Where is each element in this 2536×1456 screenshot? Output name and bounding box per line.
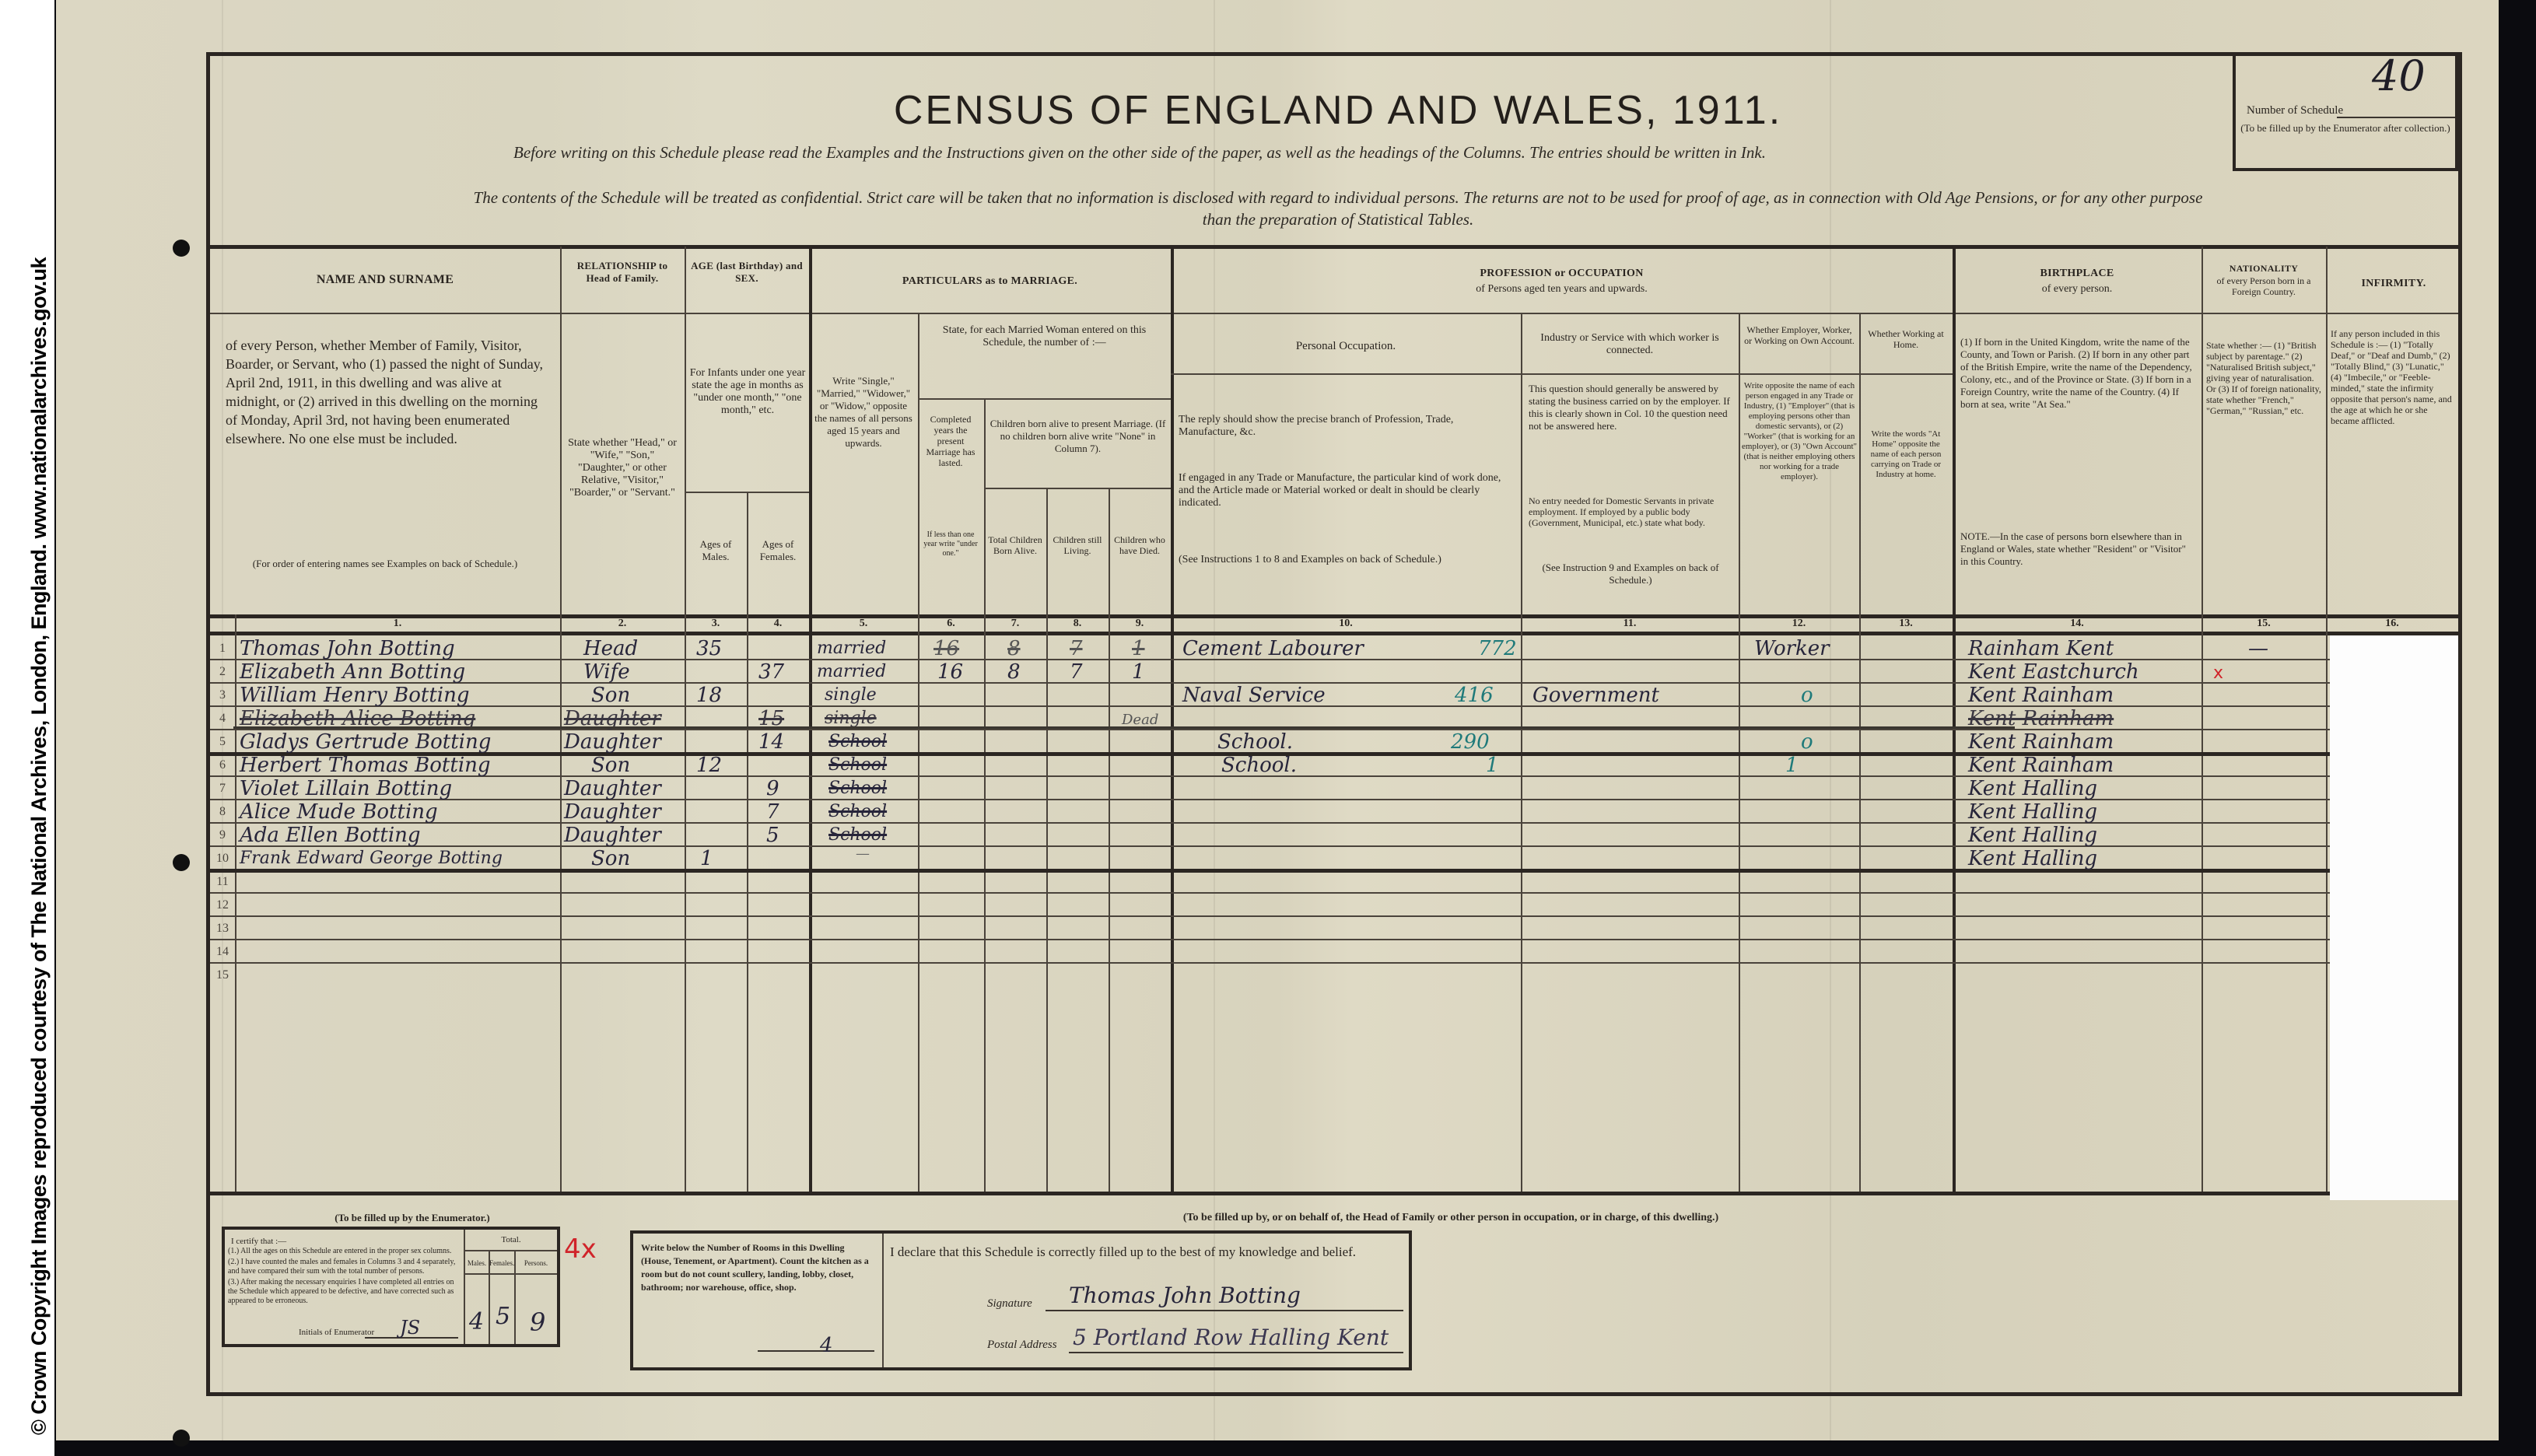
occupation-cell: School. [1217,731,1293,753]
total-persons: 9 [530,1311,545,1333]
header-birthplace-subtitle: of every person. [1956,283,2198,296]
name-cell: Elizabeth Ann Botting [240,661,465,683]
row-number: 10 [210,852,235,866]
initials-label: Initials of Enumerator [299,1327,374,1338]
relationship-cell: Son [591,848,630,870]
male-age-cell: 12 [696,754,722,776]
header-birthplace-note: NOTE.—In the case of persons born elsewh… [1960,530,2194,568]
male-age-cell: 1 [700,848,713,870]
enumerator-heading: (To be filled up by the Enumerator.) [241,1212,583,1224]
birthplace-cell: Kent Halling [1968,824,2097,846]
male-age-cell: 35 [696,638,722,660]
column-number: 4. [747,618,809,630]
header-marriage-years-note: If less than one year write "under one." [919,530,982,558]
children-total-cell: 8 [1007,661,1021,683]
header-nationality: NATIONALITY [2205,262,2323,275]
name-cell: Frank Edward George Botting [240,848,503,870]
employer-cell: Worker [1754,638,1830,660]
relationship-cell: Son [591,684,630,706]
schedule-number-label: Number of Schedule [2247,104,2343,117]
header-name-desc: of every Person, whether Member of Famil… [226,336,548,448]
female-age-cell: 14 [758,731,784,753]
column-number: 6. [918,618,984,630]
birthplace-cell: Rainham Kent [1968,638,2114,660]
total-males: 4 [469,1311,484,1333]
female-age-cell: 5 [766,824,779,846]
header-industry-note: (See Instruction 9 and Examples on back … [1529,562,1732,586]
total-females: 5 [496,1306,510,1328]
header-name: NAME AND SURNAME [210,274,560,286]
signature-label: Signature [987,1297,1032,1311]
header-industry-desc2: No entry needed for Domestic Servants in… [1529,495,1732,528]
punch-hole [173,854,190,871]
rooms-instruction: Write below the Number of Rooms in this … [641,1241,874,1294]
column-number: 7. [984,618,1046,630]
certify-item-1: (1.) All the ages on this Schedule are e… [228,1247,461,1256]
header-home: Whether Working at Home. [1862,328,1949,350]
relationship-cell: Daughter [564,824,661,846]
header-personal-note: (See Instructions 1 to 8 and Examples on… [1179,554,1513,566]
marital-status-cell: single [825,684,877,706]
confidentiality-notice-cont: than the preparation of Statistical Tabl… [233,210,2443,229]
column-number: 13. [1859,618,1953,630]
occupation-code: 1 [1486,754,1499,776]
name-cell: Violet Lillain Botting [240,778,452,800]
industry-cell: Government [1532,684,1659,706]
row-number: 15 [210,968,235,982]
nationality-cell: x [2213,663,2223,684]
header-industry: Industry or Service with which worker is… [1525,332,1735,357]
children-died-cell: 1 [1132,661,1145,683]
header-children-died: Children who have Died. [1110,534,1169,556]
male-age-cell: 18 [696,684,722,706]
header-birthplace-desc: (1) If born in the United Kingdom, write… [1960,336,2194,411]
employer-cell: o [1801,731,1813,753]
schedule-note: (To be filled up by the Enumerator after… [2240,122,2450,134]
header-nationality-subtitle: of every Person born in a Foreign Countr… [2205,275,2323,297]
name-cell: Ada Ellen Botting [240,824,421,846]
females-label: Females. [489,1258,514,1269]
redacted-infirmity-column [2330,635,2458,1200]
row-number: 4 [210,712,235,726]
enumerator-certificate-box: I certify that :— (1.) All the ages on t… [222,1227,560,1347]
watermark-text: © Crown Copyright Images reproduced cour… [27,257,51,1435]
header-marriage-status-desc: Write "Single," "Married," "Widower," or… [813,375,914,450]
birthplace-cell: Kent Halling [1968,778,2097,800]
name-cell: Herbert Thomas Botting [240,754,491,776]
column-number: 11. [1521,618,1739,630]
header-nationality-desc: State whether :— (1) "British subject by… [2206,340,2323,416]
confidentiality-notice: The contents of the Schedule will be tre… [233,188,2443,208]
marital-status-cell: married [817,638,886,660]
row-number: 7 [210,782,235,796]
header-home-desc: Write the words "At Home" opposite the n… [1862,429,1949,480]
schedule-number-box: 40 Number of Schedule (To be filled up b… [2233,56,2458,171]
row-number: 9 [210,828,235,842]
employer-cell: 1 [1785,754,1799,776]
female-age-cell: 9 [766,778,779,800]
column-number: 9. [1109,618,1171,630]
marital-status-cell: School [828,731,887,753]
certify-label: I certify that :— [231,1236,286,1247]
column-number: 1. [235,618,560,630]
column-number: 2. [560,618,685,630]
occupation-code: 416 [1455,684,1494,706]
postal-address-label: Postal Address [987,1339,1057,1352]
total-label: Total. [465,1234,557,1245]
header-married-woman: State, for each Married Woman entered on… [922,324,1167,349]
marital-status-cell: — [856,843,870,865]
form-title: CENSUS OF ENGLAND AND WALES, 1911. [210,87,2466,134]
name-cell: Alice Mude Botting [240,801,438,823]
punch-hole [173,240,190,257]
header-marriage: PARTICULARS as to MARRIAGE. [813,275,1167,288]
header-employer: Whether Employer, Worker, or Working on … [1742,324,1857,346]
row-number: 3 [210,688,235,702]
header-age: AGE (last Birthday) and SEX. [686,260,807,285]
row-number: 8 [210,805,235,819]
householder-box: Write below the Number of Rooms in this … [630,1230,1412,1370]
certify-item-2: (2.) I have counted the males and female… [228,1258,461,1276]
birthplace-cell: Kent Halling [1968,801,2097,823]
header-birthplace: BIRTHPLACE [1956,268,2198,280]
header-children: Children born alive to present Marriage.… [986,418,1169,455]
birthplace-cell: Kent Rainham [1968,731,2114,753]
relationship-cell: Daughter [564,778,661,800]
column-number: 10. [1171,618,1521,630]
row-number: 14 [210,945,235,959]
birthplace-cell: Kent Rainham [1968,684,2114,706]
children-living-cell: 7 [1070,661,1083,683]
copyright-watermark: © Crown Copyright Images reproduced cour… [0,0,54,1456]
column-number: 15. [2201,618,2326,630]
relationship-cell: Wife [583,661,630,683]
relationship-cell: Daughter [564,801,661,823]
nationality-cell: — [2248,638,2268,660]
header-relationship-desc: State whether "Head," or "Wife," "Son," … [568,437,677,499]
birthplace-cell: Kent Rainham [1968,754,2114,776]
name-cell: William Henry Botting [240,684,470,706]
employer-cell: o [1801,684,1813,706]
children-total-cell: 8 [1007,638,1021,660]
column-number: 16. [2326,618,2458,630]
header-marriage-years: Completed years the present Marriage has… [919,414,982,468]
relationship-cell: Son [591,754,630,776]
declaration: I declare that this Schedule is correctl… [890,1244,1403,1260]
number-of-rooms: 4 [820,1335,833,1356]
certify-item-3: (3.) After making the necessary enquirie… [228,1278,461,1306]
header-personal-occupation: Personal Occupation. [1175,340,1517,352]
children-died-cell: 1 [1132,638,1145,660]
years-married-cell: 16 [937,661,963,683]
marital-status-cell: School [828,778,887,800]
schedule-number: 40 [2372,51,2426,100]
marital-status-cell: School [828,754,887,776]
header-age-desc: For Infants under one year state the age… [688,367,807,417]
header-personal-desc2: If engaged in any Trade or Manufacture, … [1179,472,1513,509]
enumerator-initials: JS [400,1317,420,1339]
occupation-cell: Cement Labourer [1182,638,1364,660]
female-age-cell: 7 [766,801,779,823]
row-number: 5 [210,735,235,749]
female-age-cell: 37 [758,661,784,683]
header-ages-males: Ages of Males. [686,538,745,563]
header-name-note: (For order of entering names see Example… [218,558,552,570]
row-number: 2 [210,665,235,679]
header-occupation-subtitle: of Persons aged ten years and upwards. [1175,283,1949,296]
occupation-cell: Naval Service [1182,684,1326,706]
relationship-cell: Head [583,638,638,660]
header-employer-desc: Write opposite the name of each person e… [1742,381,1857,482]
header-relationship: RELATIONSHIP to Head of Family. [564,260,681,285]
persons-label: Persons. [515,1258,557,1269]
column-number: 8. [1046,618,1109,630]
header-children-living: Children still Living. [1048,534,1107,556]
marital-status-cell: School [828,801,887,823]
birthplace-cell: Kent Halling [1968,848,2097,870]
occupation-code: 772 [1478,638,1517,660]
census-form: CENSUS OF ENGLAND AND WALES, 1911. Befor… [206,52,2462,1396]
signature: Thomas John Botting [1069,1285,1301,1307]
row-number: 12 [210,898,235,912]
postal-address: 5 Portland Row Halling Kent [1073,1327,1389,1349]
children-living-cell: 7 [1070,638,1083,660]
intro-instructions: Before writing on this Schedule please r… [513,143,2225,163]
header-children-total: Total Children Born Alive. [986,534,1045,556]
column-number: 12. [1739,618,1859,630]
punch-hole [173,1430,190,1447]
header-personal-desc: The reply should show the precise branch… [1179,414,1513,439]
householder-heading: (To be filled up by, or on behalf of, th… [685,1212,2217,1224]
occupation-cell: School. [1221,754,1297,776]
relationship-cell: Daughter [564,731,661,753]
header-occupation: PROFESSION or OCCUPATION [1175,268,1949,280]
column-number: 3. [685,618,747,630]
birthplace-cell: Kent Eastchurch [1968,661,2139,683]
row-number: 11 [210,875,235,889]
header-infirmity-desc: If any person included in this Schedule … [2331,328,2455,426]
row-number: 13 [210,922,235,936]
row-number: 6 [210,758,235,772]
column-number: 5. [809,618,918,630]
marital-status-cell: married [817,661,886,683]
header-industry-desc: This question should generally be answer… [1529,383,1732,432]
column-number: 14. [1953,618,2201,630]
males-label: Males. [465,1258,489,1269]
occupation-code: 290 [1451,731,1490,753]
strikethrough-line [233,726,2015,729]
header-infirmity: INFIRMITY. [2329,278,2458,290]
name-cell: Gladys Gertrude Botting [240,731,491,753]
row-number: 1 [210,642,235,656]
red-check-mark: 4x [564,1238,597,1260]
name-cell: Thomas John Botting [240,638,455,660]
header-ages-females: Ages of Females. [748,538,807,563]
years-married-cell: 16 [933,638,959,660]
